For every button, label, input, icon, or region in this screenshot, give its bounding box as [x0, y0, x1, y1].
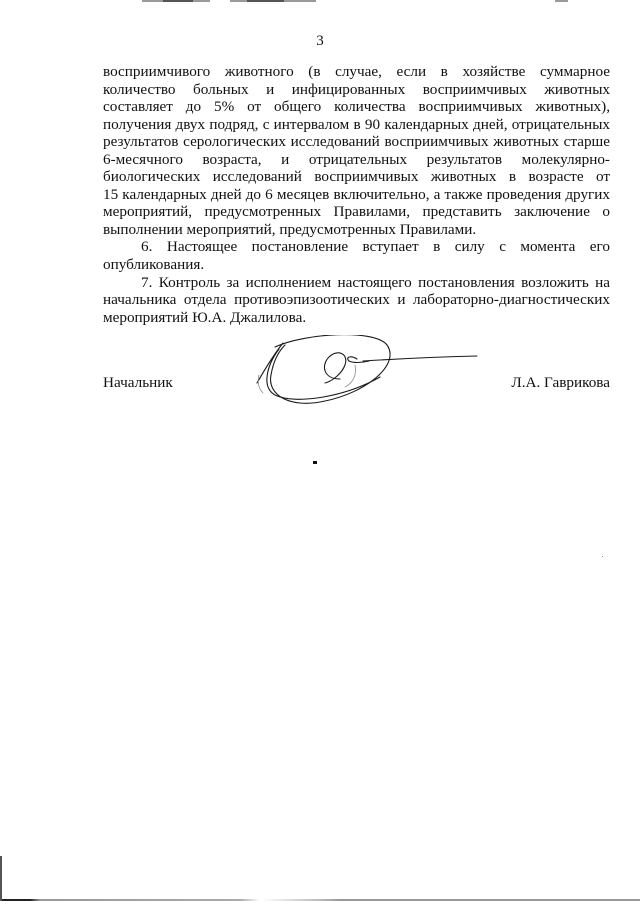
text-line: опубликования. [103, 256, 610, 274]
handwritten-signature-icon [245, 335, 485, 420]
text-line: мероприятий, предусмотренных Правилами, … [103, 203, 610, 221]
text-line: 6-месячного возраста, и отрицательных ре… [103, 151, 610, 169]
text-line: начальника отдела противоэпизоотических … [103, 291, 610, 309]
text-line: результатов серологических исследований … [103, 133, 610, 151]
text-line: восприимчивого животного (в случае, если… [103, 63, 610, 81]
scan-edge-top-right [555, 0, 568, 2]
scan-speck [602, 556, 603, 557]
paragraph-continuation: восприимчивого животного (в случае, если… [103, 63, 610, 238]
signatory-title: Начальник [103, 373, 173, 393]
paragraph-item-7: 7. Контроль за исполнением настоящего по… [103, 274, 610, 327]
text-line: 15 календарных дней до 6 месяцев включит… [103, 186, 610, 204]
text-line: 6. Настоящее постановление вступает в си… [103, 238, 610, 256]
scan-speck [313, 461, 317, 464]
text-line: выполнении мероприятий, предусмотренных … [103, 221, 610, 239]
text-line: мероприятий Ю.А. Джалилова. [103, 309, 610, 327]
scan-edge-top-mark [163, 0, 193, 2]
scan-edge-left [0, 856, 2, 901]
scan-edge-top-mark-2 [247, 0, 284, 2]
text-line: 7. Контроль за исполнением настоящего по… [103, 274, 610, 292]
document-body: восприимчивого животного (в случае, если… [103, 63, 610, 326]
scan-edge-bottom [0, 899, 640, 901]
text-line: получения двух подряд, с интервалом в 90… [103, 116, 610, 134]
signatory-name: Л.А. Гаврикова [511, 373, 610, 393]
text-line: составляет до 5% от общего количества во… [103, 98, 610, 116]
paragraph-item-6: 6. Настоящее постановление вступает в си… [103, 238, 610, 273]
text-line: количество больных и инфицированных восп… [103, 81, 610, 99]
page-number: 3 [0, 32, 640, 50]
text-line: биологических исследований восприимчивых… [103, 168, 610, 186]
